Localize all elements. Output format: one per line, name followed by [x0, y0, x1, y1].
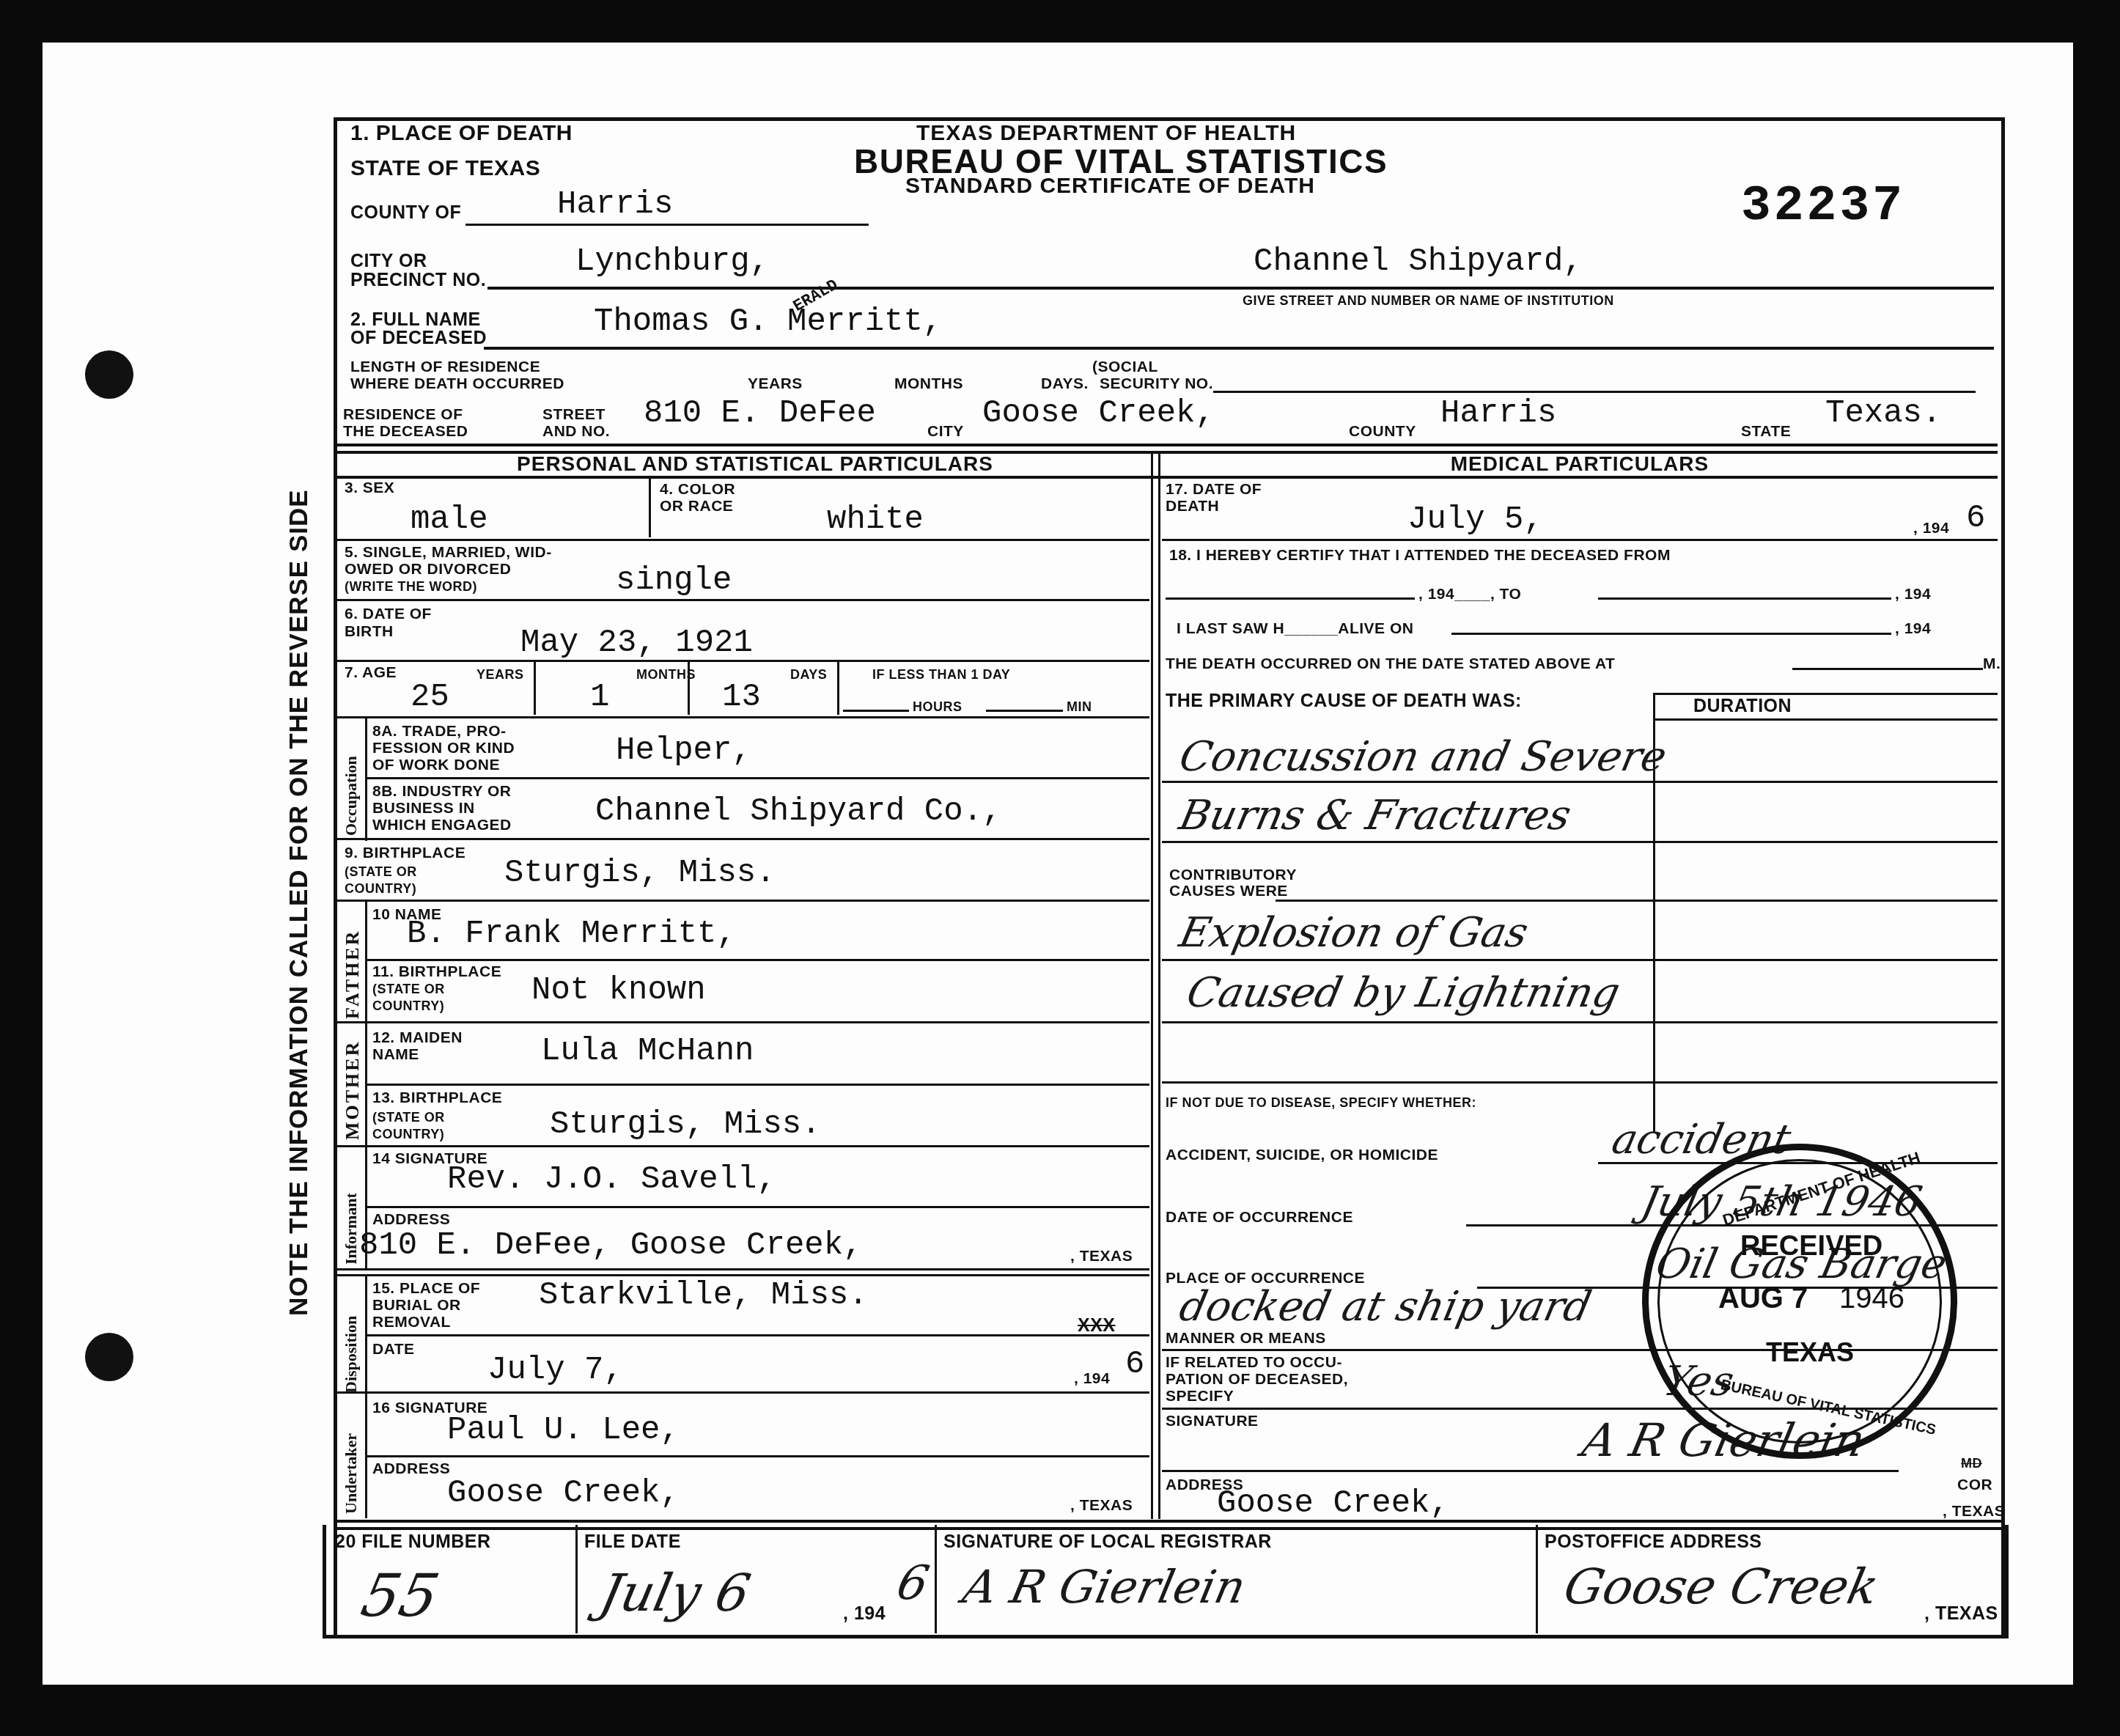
file-number-label: 20 FILE NUMBER — [335, 1532, 491, 1551]
min-line — [986, 710, 1063, 712]
center-divider — [1151, 452, 1153, 1519]
death-certificate-form: 1. PLACE OF DEATH STATE OF TEXAS TEXAS D… — [334, 117, 2005, 1635]
divider — [837, 662, 839, 715]
burial-year-prefix: , 194 — [1074, 1371, 1110, 1387]
duration-label: DURATION — [1693, 696, 1792, 716]
father-name-value: B. Frank Merritt, — [407, 916, 736, 952]
rule — [367, 959, 1149, 961]
contributory-line-1: Explosion of Gas — [1176, 911, 1532, 955]
stamp-month: AUG 7 — [1718, 1282, 1808, 1315]
age-years-label: YEARS — [476, 668, 524, 682]
min-label: MIN — [1067, 700, 1092, 714]
dob-label-2: BIRTH — [345, 624, 394, 640]
full-name-label-1: 2. FULL NAME — [350, 310, 481, 329]
burial-label-3: REMOVAL — [372, 1314, 451, 1331]
residence-state-value: Texas. — [1825, 396, 1941, 431]
mother-name-label-2: NAME — [372, 1047, 419, 1063]
mother-side-label: MOTHER — [342, 1040, 364, 1140]
informant-address-value: 810 E. DeFee, Goose Creek, — [359, 1228, 863, 1263]
birthplace-label-3: COUNTRY) — [345, 882, 416, 896]
rule — [367, 1455, 1149, 1457]
personal-section-title: PERSONAL AND STATISTICAL PARTICULARS — [425, 452, 1085, 476]
age-days-value: 13 — [722, 680, 761, 715]
father-birthplace-label-3: COUNTRY) — [372, 999, 444, 1013]
mother-name-value: Lula McHann — [541, 1034, 754, 1069]
stamp-received: RECEIVED — [1740, 1231, 1882, 1262]
filing-row: 20 FILE NUMBER 55 FILE DATE July 6 , 194… — [323, 1525, 2009, 1638]
rule — [1162, 1081, 1998, 1084]
residence-label-1: RESIDENCE OF — [343, 407, 463, 423]
received-stamp: DEPARTMENT OF HEALTH RECEIVED AUG 7 1946… — [1642, 1144, 1957, 1459]
registrar-label: SIGNATURE OF LOCAL REGISTRAR — [943, 1532, 1272, 1551]
divider — [688, 662, 690, 715]
attended-from-year: , 194____, TO — [1418, 586, 1521, 603]
burial-place-value: Starkville, Miss. — [539, 1278, 868, 1313]
attended-to-year: , 194 — [1895, 586, 1931, 603]
sex-label: 3. SEX — [345, 480, 394, 496]
rule — [367, 1334, 1149, 1336]
residence-street-value: 810 E. DeFee — [644, 396, 876, 431]
primary-cause-line-2: Burns & Fractures — [1176, 794, 1575, 838]
color-label-2: OR RACE — [660, 499, 733, 515]
trade-label-1: 8A. TRADE, PRO- — [372, 724, 507, 740]
birthplace-label-2: (STATE OR — [345, 865, 417, 879]
age-months-label: MONTHS — [636, 668, 696, 682]
certificate-number: 32237 — [1741, 178, 1905, 235]
informant-state-label: , TEXAS — [1070, 1248, 1133, 1265]
dod-value: July 5, — [1407, 502, 1543, 537]
burial-date-value: July 7, — [487, 1353, 623, 1388]
death-time-suffix: M. — [1983, 656, 2001, 672]
death-city-value: Lynchburg, — [575, 244, 769, 279]
registrar-signature: A R Gierlein — [960, 1565, 1250, 1609]
physician-address-value: Goose Creek, — [1217, 1486, 1449, 1521]
street-label-1: STREET — [542, 407, 606, 423]
rule — [465, 224, 869, 226]
dod-label-2: DEATH — [1166, 499, 1219, 515]
residence-city-label: CITY — [927, 424, 964, 440]
rule — [337, 1391, 1149, 1394]
ssn-label-1: (SOCIAL — [1092, 359, 1158, 375]
father-side-label: FATHER — [342, 930, 364, 1019]
undertaker-side-label: Undertaker — [342, 1433, 361, 1514]
attended-from-line — [1166, 597, 1415, 600]
last-saw-label: I LAST SAW H______ALIVE ON — [1177, 621, 1413, 637]
mother-birthplace-value: Sturgis, Miss. — [550, 1107, 821, 1142]
marital-label-3: (WRITE THE WORD) — [345, 580, 477, 594]
residence-length-label-1: LENGTH OF RESIDENCE — [350, 359, 540, 375]
residence-county-value: Harris — [1440, 396, 1556, 431]
death-institution-value: Channel Shipyard, — [1254, 244, 1583, 279]
residence-state-label: STATE — [1741, 424, 1791, 440]
rule — [337, 838, 1149, 840]
rule — [367, 777, 1149, 779]
divider — [575, 1525, 578, 1633]
residence-label-2: THE DECEASED — [343, 424, 468, 440]
death-county-value: Harris — [557, 187, 673, 222]
rule — [337, 1021, 1149, 1023]
rule — [1162, 1021, 1998, 1023]
full-name-label-2: OF DECEASED — [350, 328, 487, 347]
last-saw-year: , 194 — [1895, 621, 1931, 637]
dod-year-suffix: 6 — [1966, 501, 1985, 536]
burial-year-suffix: 6 — [1125, 1347, 1144, 1382]
undertaker-address-value: Goose Creek, — [447, 1476, 680, 1511]
rule — [484, 347, 1994, 350]
divider — [534, 662, 536, 715]
rule — [1162, 781, 1998, 783]
birthplace-label-1: 9. BIRTHPLACE — [345, 845, 465, 861]
reverse-side-note: NOTE THE INFORMATION CALLED FOR ON THE R… — [284, 489, 314, 1316]
mother-birthplace-label-3: COUNTRY) — [372, 1128, 444, 1141]
occupation-side-label: Occupation — [342, 756, 361, 836]
burial-state-struck: XXX — [1078, 1316, 1116, 1335]
ssn-label-2: SECURITY NO. — [1100, 376, 1213, 392]
less-than-day-label: IF LESS THAN 1 DAY — [872, 668, 1010, 682]
dod-label-1: 17. DATE OF — [1166, 482, 1262, 498]
group-divider — [365, 1023, 367, 1148]
mother-birthplace-label-2: (STATE OR — [372, 1111, 445, 1125]
physician-address-state: , TEXAS — [1943, 1504, 2005, 1520]
rule — [337, 599, 1149, 601]
death-time-line — [1792, 668, 1983, 670]
rule — [1276, 900, 1998, 902]
divider — [935, 1525, 937, 1633]
ssn-line — [1213, 391, 1976, 393]
occ-related-label-2: PATION OF DECEASED, — [1166, 1372, 1348, 1388]
father-birthplace-label-2: (STATE OR — [372, 982, 445, 996]
rule — [337, 660, 1149, 662]
rule — [337, 539, 1149, 541]
rule — [1162, 841, 1998, 843]
contributory-line-2: Caused by Lightning — [1183, 971, 1624, 1015]
birthplace-value: Sturgis, Miss. — [504, 856, 776, 891]
group-divider — [365, 718, 367, 841]
file-year-suffix: 6 — [894, 1562, 932, 1606]
residence-county-label: COUNTY — [1349, 424, 1416, 440]
divider — [649, 479, 651, 537]
rule — [1653, 718, 1998, 721]
place-of-death-label: 1. PLACE OF DEATH — [350, 121, 573, 146]
father-birthplace-value: Not known — [531, 973, 706, 1008]
dob-value: May 23, 1921 — [520, 625, 753, 661]
rule — [1162, 1470, 1899, 1472]
postoffice-state: , TEXAS — [1924, 1604, 1998, 1623]
industry-label-2: BUSINESS IN — [372, 801, 475, 817]
occ-related-label-1: IF RELATED TO OCCU- — [1166, 1355, 1342, 1371]
color-value: white — [827, 502, 924, 537]
primary-cause-line-1: Concussion and Severe — [1176, 735, 1671, 779]
stamp-state: TEXAS — [1766, 1337, 1854, 1368]
manner-value: docked at ship yard — [1176, 1285, 1595, 1329]
rule — [334, 1520, 2001, 1523]
mother-birthplace-label-1: 13. BIRTHPLACE — [372, 1090, 502, 1106]
rule — [487, 287, 1994, 290]
undertaker-address-label: ADDRESS — [372, 1461, 450, 1477]
signature-title: COR — [1957, 1477, 1992, 1493]
last-saw-line — [1451, 633, 1891, 635]
punch-hole-top — [85, 350, 133, 399]
rule — [337, 1274, 1149, 1276]
stamp-year: 1946 — [1839, 1282, 1904, 1315]
days-label: DAYS. — [1041, 376, 1089, 392]
color-label-1: 4. COLOR — [660, 482, 735, 498]
trade-label-2: FESSION OR KIND — [372, 740, 515, 757]
signature-label: SIGNATURE — [1166, 1413, 1259, 1430]
rule — [1162, 539, 1998, 541]
medical-section-title: MEDICAL PARTICULARS — [1162, 452, 1998, 476]
file-date-value: July 6 — [595, 1565, 755, 1621]
primary-cause-label: THE PRIMARY CAUSE OF DEATH WAS: — [1166, 691, 1522, 710]
rule — [1162, 959, 1998, 961]
divider — [1536, 1525, 1538, 1633]
deceased-name-value: Thomas G. Merritt, — [594, 304, 942, 339]
rule — [337, 900, 1149, 902]
rule — [337, 716, 1149, 718]
attended-to-line — [1598, 597, 1891, 600]
rule — [337, 476, 1998, 479]
undertaker-value: Paul U. Lee, — [447, 1413, 680, 1448]
burial-label-1: 15. PLACE OF — [372, 1281, 480, 1297]
city-label-2: PRECINCT NO. — [350, 271, 486, 290]
trade-label-3: OF WORK DONE — [372, 757, 500, 773]
hours-label: HOURS — [913, 700, 963, 714]
rule — [337, 444, 1998, 446]
rule — [337, 1145, 1149, 1147]
industry-value: Channel Shipyard Co., — [595, 794, 1002, 829]
occurrence-date-label: DATE OF OCCURRENCE — [1166, 1210, 1353, 1226]
hours-line — [843, 710, 909, 712]
accident-label: ACCIDENT, SUICIDE, OR HOMICIDE — [1166, 1147, 1438, 1163]
contributory-label-2: CAUSES WERE — [1169, 883, 1288, 900]
informant-side-label: Informant — [342, 1193, 361, 1265]
file-date-label: FILE DATE — [584, 1532, 681, 1551]
rule — [1653, 693, 1998, 695]
dod-year-prefix: , 194 — [1913, 521, 1949, 537]
rule — [337, 1268, 1149, 1270]
age-years-value: 25 — [411, 680, 449, 715]
rule — [367, 1206, 1149, 1208]
burial-label-2: BURIAL OR — [372, 1298, 461, 1314]
file-number-value: 55 — [356, 1565, 444, 1627]
age-label: 7. AGE — [345, 665, 397, 681]
city-label-1: CITY OR — [350, 251, 427, 271]
trade-value: Helper, — [616, 733, 751, 768]
residence-city-value: Goose Creek, — [982, 396, 1215, 431]
postoffice-label: POSTOFFICE ADDRESS — [1545, 1532, 1762, 1551]
death-time-label: THE DEATH OCCURRED ON THE DATE STATED AB… — [1166, 656, 1615, 672]
manner-label: MANNER OR MEANS — [1166, 1331, 1326, 1347]
age-months-value: 1 — [590, 680, 609, 715]
punch-hole-bottom — [85, 1333, 133, 1381]
marital-value: single — [616, 563, 732, 598]
postoffice-value: Goose Creek — [1561, 1565, 1882, 1609]
marital-label-2: OWED OR DIVORCED — [345, 562, 511, 578]
certify-label: 18. I HEREBY CERTIFY THAT I ATTENDED THE… — [1169, 548, 1671, 564]
burial-date-label: DATE — [372, 1342, 415, 1358]
dob-label-1: 6. DATE OF — [345, 606, 432, 622]
industry-label-3: WHICH ENGAGED — [372, 817, 512, 834]
age-days-label: DAYS — [790, 668, 827, 682]
contributory-label-1: CONTRIBUTORY — [1169, 867, 1297, 883]
months-label: MONTHS — [894, 376, 963, 392]
street-label-2: AND NO. — [542, 424, 610, 440]
informant-address-label: ADDRESS — [372, 1212, 450, 1228]
file-year-prefix: , 194 — [843, 1604, 886, 1623]
sex-value: male — [411, 502, 488, 537]
certificate-subtitle: STANDARD CERTIFICATE OF DEATH — [905, 174, 1315, 199]
father-birthplace-label-1: 11. BIRTHPLACE — [372, 964, 501, 980]
institution-hint-label: GIVE STREET AND NUMBER OR NAME OF INSTIT… — [1243, 294, 1614, 308]
years-label: YEARS — [748, 376, 803, 392]
undertaker-state-label: , TEXAS — [1070, 1498, 1133, 1514]
disposition-side-label: Disposition — [342, 1316, 361, 1393]
signature-title-struck: MD — [1961, 1457, 1982, 1471]
industry-label-1: 8B. INDUSTRY OR — [372, 784, 512, 800]
occ-related-label-3: SPECIFY — [1166, 1389, 1234, 1405]
center-divider — [1158, 452, 1160, 1519]
informant-value: Rev. J.O. Savell, — [447, 1162, 776, 1197]
group-divider — [365, 902, 367, 1023]
residence-length-label-2: WHERE DEATH OCCURRED — [350, 376, 564, 392]
mother-name-label-1: 12. MAIDEN — [372, 1030, 463, 1046]
not-disease-label: IF NOT DUE TO DISEASE, SPECIFY WHETHER: — [1166, 1096, 1476, 1110]
rule — [367, 1084, 1149, 1086]
marital-label-1: 5. SINGLE, MARRIED, WID- — [345, 545, 552, 561]
state-of-texas-label: STATE OF TEXAS — [350, 156, 540, 181]
county-of-label: COUNTY OF — [350, 203, 461, 222]
